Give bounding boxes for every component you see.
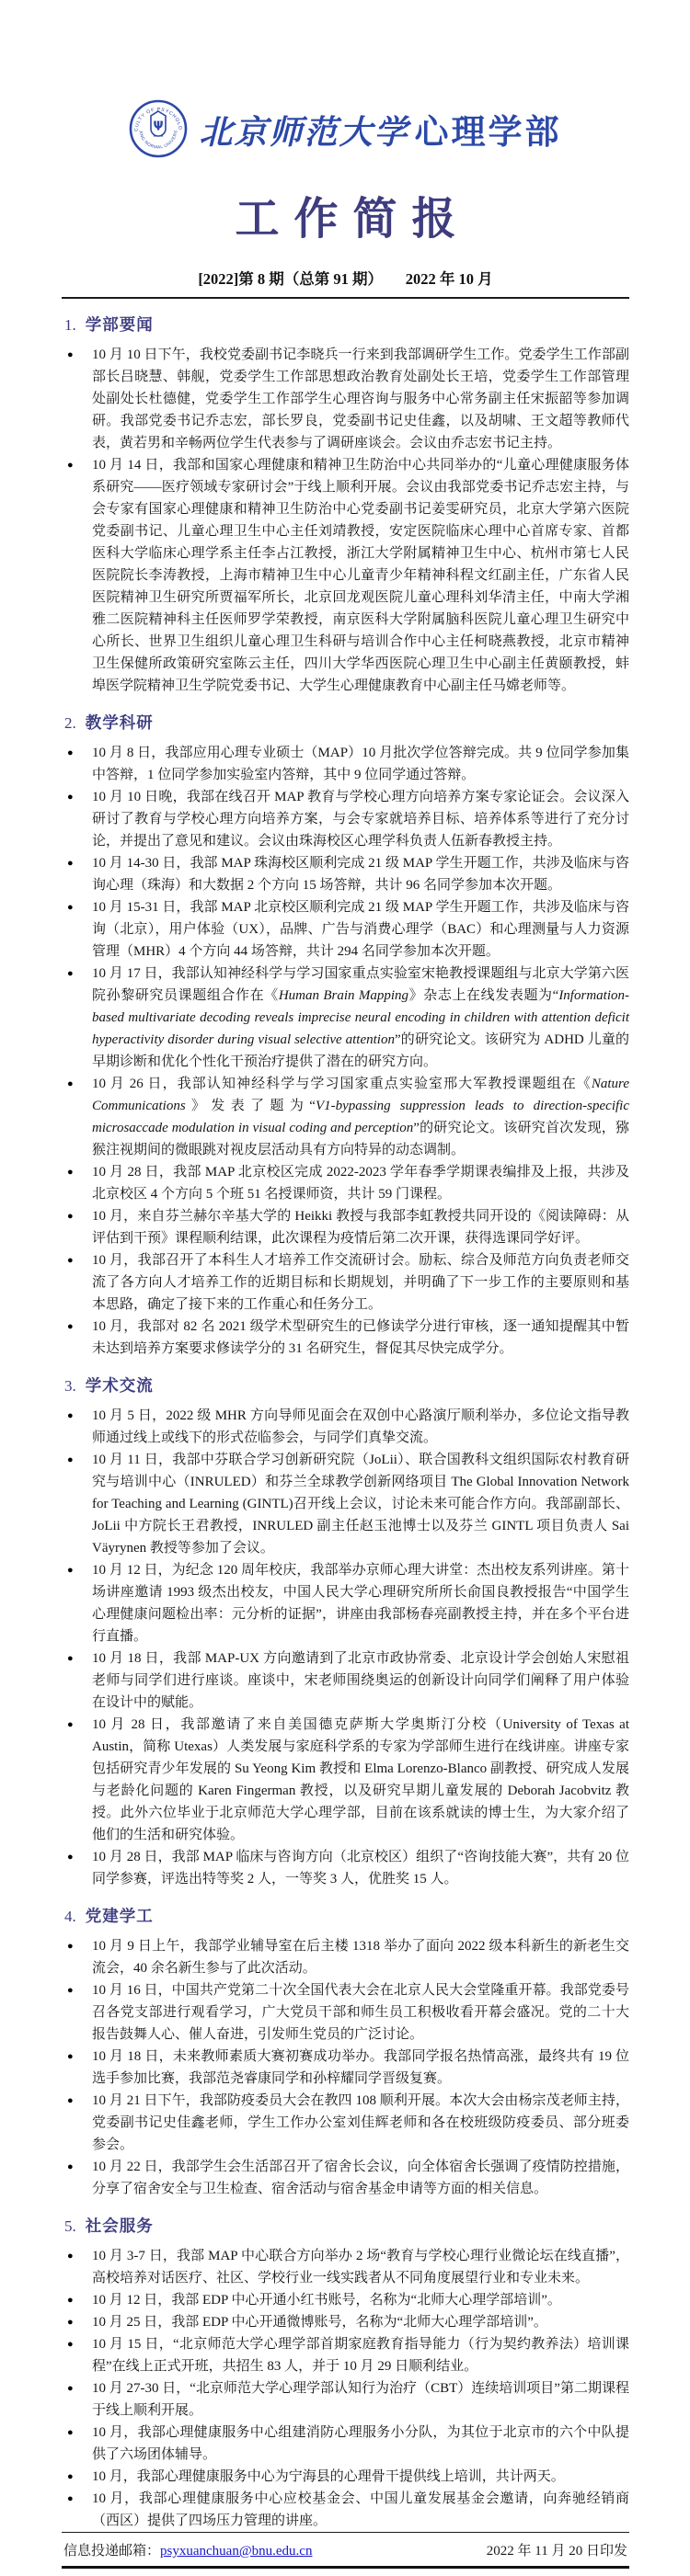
bulletin-text: 10 月 15 日，“北京师范大学心理学部首期家庭教育指导能力（行为契约教养法）… (92, 2337, 629, 2374)
bulletin-text: 10 月 12 日，为纪念 120 周年校庆，我部举办京师心理大讲堂：杰出校友系… (92, 1563, 629, 1644)
bullet-marker-icon: ● (67, 2156, 74, 2178)
bulletin-item: ●10 月，我部心理健康服务中心为宁海县的心理骨干提供线上培训，共计两天。 (62, 2466, 629, 2488)
bullet-marker-icon: ● (67, 344, 74, 366)
section-党建学工: 4.党建学工●10 月 9 日上午，我部学业辅导室在后主楼 1318 举办了面向… (62, 1904, 629, 2200)
bullet-marker-icon: ● (67, 454, 74, 476)
bulletin-text: 10 月 11 日，我部中芬联合学习创新研究院（JoLii）、联合国教科文组织国… (92, 1453, 629, 1556)
bulletin-item: ●10 月 22 日，我部学生会生活部召开了宿舍长会议，向全体宿舍长强调了疫情防… (62, 2156, 629, 2200)
section-number: 5. (64, 2217, 76, 2236)
section-学术交流: 3.学术交流●10 月 5 日，2022 级 MHR 方向导师见面会在双创中心路… (62, 1373, 629, 1890)
bulletin-list: ●10 月 10 日下午，我校党委副书记李晓兵一行来到我部调研学生工作。党委学生… (62, 344, 629, 697)
bulletin-item: ●10 月 27-30 日，“北京师范大学心理学部认知行为治疗（CBT）连续培训… (62, 2377, 629, 2422)
bulletin-item: ●10 月 10 日晚，我部在线召开 MAP 教育与学校心理方向培养方案专家论证… (62, 786, 629, 852)
organization-name-faculty: 心理学部 (415, 104, 562, 154)
bulletin-text: 10 月 22 日，我部学生会生活部召开了宿舍长会议，向全体宿舍长强调了疫情防控… (92, 2160, 629, 2196)
bullet-marker-icon: ● (67, 896, 74, 918)
bullet-marker-icon: ● (67, 2466, 74, 2488)
bullet-marker-icon: ● (67, 1316, 74, 1338)
section-学部要闻: 1.学部要闻●10 月 10 日下午，我校党委副书记李晓兵一行来到我部调研学生工… (62, 313, 629, 697)
bulletin-item: ●10 月 12 日，我部 EDP 中心开通小红书账号，名称为“北师大心理学部培… (62, 2289, 629, 2311)
organization-name: 北京师范大学 心理学部 (199, 104, 561, 154)
bulletin-item: ●10 月 28 日，我部 MAP 北京校区完成 2022-2023 学年春季学… (62, 1161, 629, 1205)
bullet-marker-icon: ● (67, 1647, 74, 1670)
bulletin-item: ●10 月 14-30 日，我部 MAP 珠海校区顺利完成 21 级 MAP 学… (62, 852, 629, 896)
bulletin-text: 10 月 10 日下午，我校党委副书记李晓兵一行来到我部调研学生工作。党委学生工… (92, 348, 629, 450)
bulletin-text: 10 月 14-30 日，我部 MAP 珠海校区顺利完成 21 级 MAP 学生… (92, 856, 629, 893)
bulletin-text: 10 月 10 日晚，我部在线召开 MAP 教育与学校心理方向培养方案专家论证会… (92, 790, 629, 849)
bulletin-item: ●10 月，我部召开了本科生人才培养工作交流研讨会。励耘、综合及师范方向负责老师… (62, 1249, 629, 1316)
bulletin-item: ●10 月，我部心理健康服务中心应校基金会、中国儿童发展基金会邀请，向奔驰经销商… (62, 2488, 629, 2532)
bulletin-text: 10 月，我部心理健康服务中心组建消防心理服务小分队，为其位于北京市的六个中队提… (92, 2425, 629, 2462)
bulletin-item: ●10 月，我部对 82 名 2021 级学术型研究生的已修读学分进行审核，逐一… (62, 1316, 629, 1360)
section-heading: 2.教学科研 (64, 711, 629, 734)
section-title: 社会服务 (86, 2214, 154, 2237)
section-社会服务: 5.社会服务●10 月 3-7 日，我部 MAP 中心联合方向举办 2 场“教育… (62, 2214, 629, 2532)
bullet-marker-icon: ● (67, 1449, 74, 1471)
bnu-psychology-seal-icon: FACULTY OF PSYCHOLOGY BEIJING NORMAL UNI… (129, 99, 188, 158)
bulletin-text: 10 月 8 日，我部应用心理专业硕士（MAP）10 月批次学位答辩完成。共 9… (92, 746, 629, 782)
bulletin-item: ●10 月 3-7 日，我部 MAP 中心联合方向举办 2 场“教育与学校心理行… (62, 2245, 629, 2289)
bullet-marker-icon: ● (67, 742, 74, 764)
bulletin-item: ●10 月 18 日，我部 MAP-UX 方向邀请到了北京市政协常委、北京设计学… (62, 1647, 629, 1714)
section-number: 2. (64, 714, 76, 733)
bulletin-list: ●10 月 5 日，2022 级 MHR 方向导师见面会在双创中心路演厅顺利举办… (62, 1405, 629, 1890)
bulletin-text: 10 月 9 日上午，我部学业辅导室在后主楼 1318 举办了面向 2022 级… (92, 1939, 629, 1976)
bulletin-item: ●10 月，来自芬兰赫尔辛基大学的 Heikki 教授与我部李虹教授共同开设的《… (62, 1205, 629, 1249)
bulletin-text: 10 月，我部心理健康服务中心为宁海县的心理骨干提供线上培训，共计两天。 (92, 2469, 565, 2484)
bulletin-page: FACULTY OF PSYCHOLOGY BEIJING NORMAL UNI… (0, 0, 690, 2576)
bulletin-item: ●10 月 28 日，我部 MAP 临床与咨询方向（北京校区）组织了“咨询技能大… (62, 1846, 629, 1890)
section-number: 1. (64, 316, 76, 335)
bulletin-text-run: Human Brain Mapping (279, 988, 408, 1003)
bullet-marker-icon: ● (67, 786, 74, 808)
section-heading: 3.学术交流 (64, 1373, 629, 1396)
bulletin-list: ●10 月 8 日，我部应用心理专业硕士（MAP）10 月批次学位答辩完成。共 … (62, 742, 629, 1360)
bulletin-item: ●10 月 11 日，我部中芬联合学习创新研究院（JoLii）、联合国教科文组织… (62, 1449, 629, 1559)
footer-divider-thick (62, 2566, 629, 2569)
section-教学科研: 2.教学科研●10 月 8 日，我部应用心理专业硕士（MAP）10 月批次学位答… (62, 711, 629, 1360)
bullet-marker-icon: ● (67, 1073, 74, 1095)
section-title: 党建学工 (86, 1904, 154, 1927)
bulletin-text: 10 月，我部对 82 名 2021 级学术型研究生的已修读学分进行审核，逐一通… (92, 1319, 629, 1356)
issue-line: [2022]第 8 期（总第 91 期） 2022 年 10 月 (62, 267, 629, 289)
bulletin-text-run: 10 月 26 日，我部认知神经科学与学习国家重点实验室邢大军教授课题组在《 (92, 1077, 592, 1091)
bullet-marker-icon: ● (67, 1161, 74, 1183)
bulletin-text: 10 月 28 日，我部 MAP 临床与咨询方向（北京校区）组织了“咨询技能大赛… (92, 1850, 629, 1886)
bullet-marker-icon: ● (67, 2377, 74, 2399)
document-body: 1.学部要闻●10 月 10 日下午，我校党委副书记李晓兵一行来到我部调研学生工… (62, 299, 629, 2532)
bullet-marker-icon: ● (67, 1846, 74, 1868)
bullet-marker-icon: ● (67, 2245, 74, 2267)
bulletin-item: ●10 月 14 日，我部和国家心理健康和精神卫生防治中心共同举办的“儿童心理健… (62, 454, 629, 697)
bullet-marker-icon: ● (67, 2311, 74, 2333)
bulletin-text: 10 月 25 日，我部 EDP 中心开通微博账号，名称为“北师大心理学部培训”… (92, 2315, 547, 2330)
section-number: 4. (64, 1908, 76, 1926)
bulletin-text: 10 月，我部心理健康服务中心应校基金会、中国儿童发展基金会邀请，向奔驰经销商（… (92, 2491, 629, 2528)
bulletin-text: 10 月 18 日，我部 MAP-UX 方向邀请到了北京市政协常委、北京设计学会… (92, 1651, 629, 1710)
bulletin-text: 10 月 3-7 日，我部 MAP 中心联合方向举办 2 场“教育与学校心理行业… (92, 2249, 629, 2285)
bullet-marker-icon: ● (67, 1979, 74, 2001)
bulletin-text: 10 月 12 日，我部 EDP 中心开通小红书账号，名称为“北师大心理学部培训… (92, 2293, 561, 2308)
bullet-marker-icon: ● (67, 2289, 74, 2311)
bulletin-text: 10 月 5 日，2022 级 MHR 方向导师见面会在双创中心路演厅顺利举办，… (92, 1408, 629, 1445)
bulletin-item: ●10 月 16 日，中国共产党第二十次全国代表大会在北京人民大会堂隆重开幕。我… (62, 1979, 629, 2046)
bulletin-item: ●10 月，我部心理健康服务中心组建消防心理服务小分队，为其位于北京市的六个中队… (62, 2422, 629, 2466)
section-heading: 4.党建学工 (64, 1904, 629, 1927)
bulletin-item: ●10 月 15-31 日，我部 MAP 北京校区顺利完成 21 级 MAP 学… (62, 896, 629, 963)
bulletin-text-run: 》发表了题为“ (186, 1099, 316, 1113)
bullet-marker-icon: ● (67, 1559, 74, 1581)
bulletin-item: ●10 月 17 日，我部认知神经科学与学习国家重点实验室宋艳教授课题组与北京大… (62, 963, 629, 1073)
bullet-marker-icon: ● (67, 1714, 74, 1736)
masthead: FACULTY OF PSYCHOLOGY BEIJING NORMAL UNI… (62, 99, 629, 158)
bullet-marker-icon: ● (67, 2488, 74, 2510)
bullet-marker-icon: ● (67, 1935, 74, 1957)
bullet-marker-icon: ● (67, 1405, 74, 1427)
bulletin-text: 10 月 21 日下午，我部防疫委员大会在教四 108 顺利开展。本次大会由杨宗… (92, 2093, 629, 2152)
bulletin-text: 10 月，来自芬兰赫尔辛基大学的 Heikki 教授与我部李虹教授共同开设的《阅… (92, 1209, 629, 1246)
bulletin-item: ●10 月 12 日，为纪念 120 周年校庆，我部举办京师心理大讲堂：杰出校友… (62, 1559, 629, 1647)
bullet-marker-icon: ● (67, 852, 74, 874)
section-heading: 1.学部要闻 (64, 313, 629, 336)
bulletin-text: 10 月，我部召开了本科生人才培养工作交流研讨会。励耘、综合及师范方向负责老师交… (92, 1253, 629, 1312)
bulletin-item: ●10 月 9 日上午，我部学业辅导室在后主楼 1318 举办了面向 2022 … (62, 1935, 629, 1979)
section-title: 学术交流 (86, 1373, 154, 1396)
bulletin-text: 10 月 27-30 日，“北京师范大学心理学部认知行为治疗（CBT）连续培训项… (92, 2381, 629, 2418)
section-heading: 5.社会服务 (64, 2214, 629, 2237)
footer-email-label: 信息投递邮箱： (63, 2540, 160, 2559)
bulletin-text-run: 》杂志上在线发表题为“ (408, 988, 558, 1003)
bullet-marker-icon: ● (67, 2422, 74, 2444)
bulletin-item: ●10 月 28 日，我部邀请了来自美国德克萨斯大学奥斯汀分校（Universi… (62, 1714, 629, 1846)
footer-email-link[interactable]: psyxuanchuan@bnu.edu.cn (160, 2544, 312, 2559)
bulletin-item: ●10 月 15 日，“北京师范大学心理学部首期家庭教育指导能力（行为契约教养法… (62, 2333, 629, 2377)
bulletin-item: ●10 月 21 日下午，我部防疫委员大会在教四 108 顺利开展。本次大会由杨… (62, 2090, 629, 2156)
bulletin-item: ●10 月 10 日下午，我校党委副书记李晓兵一行来到我部调研学生工作。党委学生… (62, 344, 629, 454)
bulletin-list: ●10 月 9 日上午，我部学业辅导室在后主楼 1318 举办了面向 2022 … (62, 1935, 629, 2200)
section-number: 3. (64, 1377, 76, 1396)
section-title: 教学科研 (86, 711, 154, 734)
bulletin-text: 10 月 18 日，未来教师素质大赛初赛成功举办。我部同学报名热情高涨，最终共有… (92, 2049, 629, 2086)
bulletin-item: ●10 月 25 日，我部 EDP 中心开通微博账号，名称为“北师大心理学部培训… (62, 2311, 629, 2333)
section-title: 学部要闻 (86, 313, 154, 336)
bulletin-text: 10 月 14 日，我部和国家心理健康和精神卫生防治中心共同举办的“儿童心理健康… (92, 458, 629, 693)
bulletin-item: ●10 月 8 日，我部应用心理专业硕士（MAP）10 月批次学位答辩完成。共 … (62, 742, 629, 786)
bulletin-text: 10 月 16 日，中国共产党第二十次全国代表大会在北京人民大会堂隆重开幕。我部… (92, 1983, 629, 2042)
organization-name-university: 北京师范大学 (199, 107, 408, 154)
bulletin-list: ●10 月 3-7 日，我部 MAP 中心联合方向举办 2 场“教育与学校心理行… (62, 2245, 629, 2532)
page-footer: 信息投递邮箱： psyxuanchuan@bnu.edu.cn 2022 年 1… (62, 2532, 629, 2576)
svg-text:Ψ: Ψ (154, 120, 164, 134)
footer-print-date: 2022 年 11 月 20 日印发 (487, 2540, 627, 2559)
document-title: 工作简报 (62, 195, 629, 245)
bullet-marker-icon: ● (67, 2333, 74, 2355)
bulletin-text: 10 月 28 日，我部 MAP 北京校区完成 2022-2023 学年春季学期… (92, 1165, 629, 1202)
bulletin-text: 10 月 15-31 日，我部 MAP 北京校区顺利完成 21 级 MAP 学生… (92, 900, 629, 959)
bulletin-item: ●10 月 5 日，2022 级 MHR 方向导师见面会在双创中心路演厅顺利举办… (62, 1405, 629, 1449)
bullet-marker-icon: ● (67, 1205, 74, 1227)
bullet-marker-icon: ● (67, 2090, 74, 2112)
bulletin-item: ●10 月 18 日，未来教师素质大赛初赛成功举办。我部同学报名热情高涨，最终共… (62, 2046, 629, 2090)
bullet-marker-icon: ● (67, 963, 74, 985)
bulletin-item: ●10 月 26 日，我部认知神经科学与学习国家重点实验室邢大军教授课题组在《N… (62, 1073, 629, 1161)
bullet-marker-icon: ● (67, 2046, 74, 2068)
bullet-marker-icon: ● (67, 1249, 74, 1271)
bulletin-text: 10 月 28 日，我部邀请了来自美国德克萨斯大学奥斯汀分校（Universit… (92, 1717, 629, 1842)
